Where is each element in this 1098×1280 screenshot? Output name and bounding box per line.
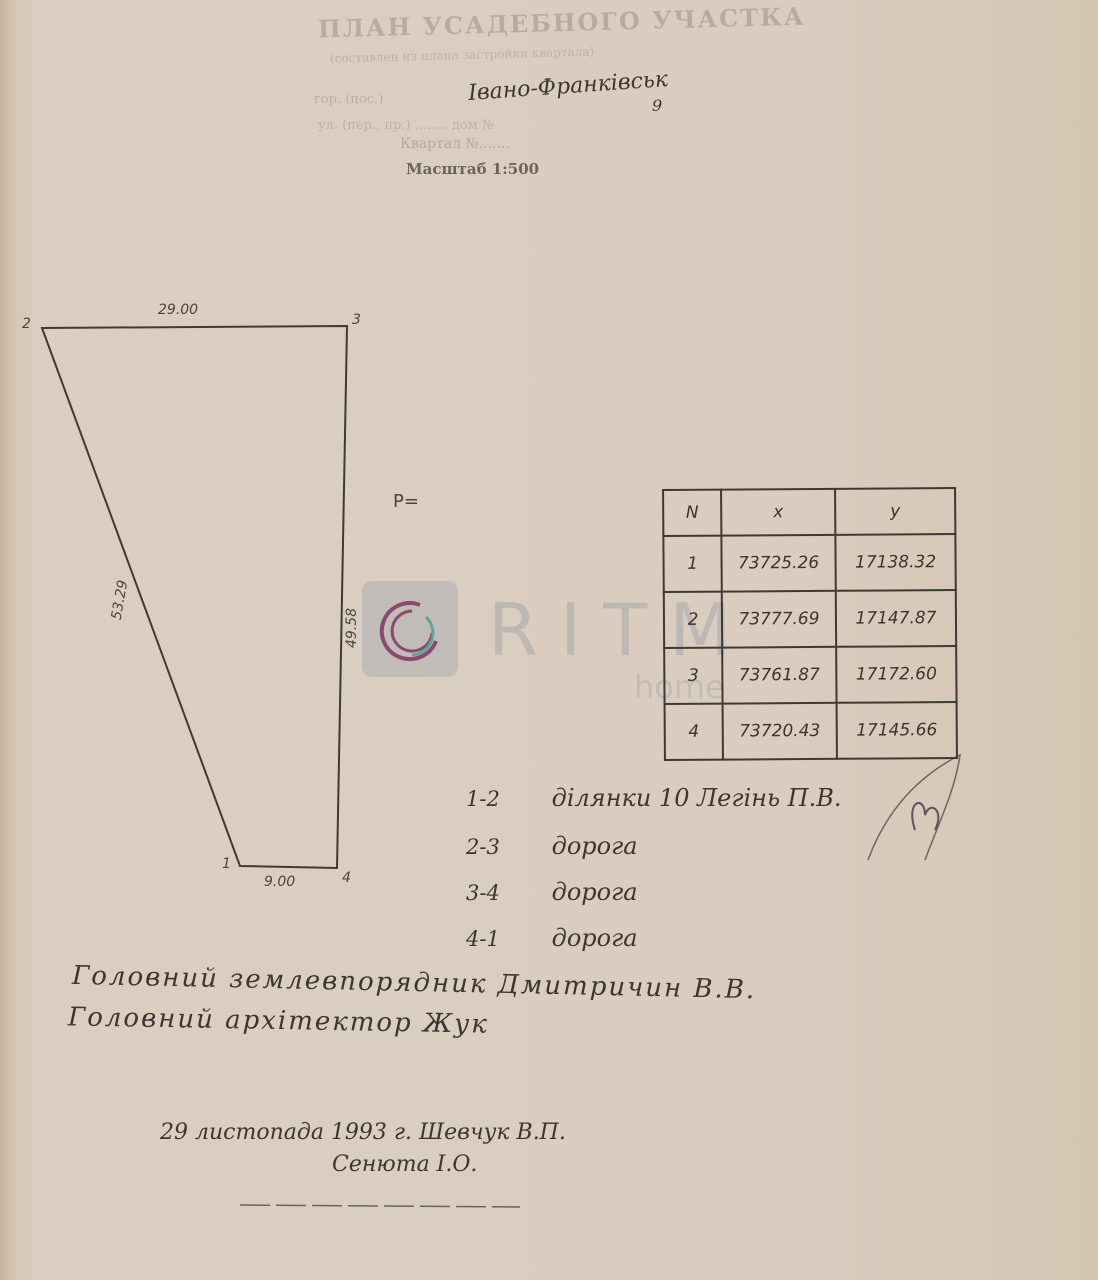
side-3-4-length: 49.58	[344, 608, 360, 648]
boundary-row: 3-4 дорога	[466, 878, 638, 906]
boundary-description: дорога	[552, 924, 638, 952]
boundary-row: 4-1 дорога	[466, 924, 638, 952]
header-y: y	[835, 488, 955, 535]
boundary-segment: 1-2	[466, 787, 544, 811]
cell-n: 2	[664, 592, 722, 648]
vertex-3-label: 3	[352, 312, 361, 328]
table-row: 4 73720.43 17145.66	[665, 702, 957, 760]
table-row: 3 73761.87 17172.60	[664, 646, 956, 704]
coordinates-table: N x y 1 73725.26 17138.32 2 73777.69 171…	[662, 487, 958, 761]
boundary-description: дорога	[552, 832, 638, 860]
header-n: N	[663, 490, 721, 536]
table-header-row: N x y	[663, 488, 955, 536]
cell-n: 4	[665, 704, 723, 760]
table-row: 1 73725.26 17138.32	[663, 534, 955, 592]
area-label: P=	[393, 491, 419, 512]
vertex-1-label: 1	[222, 856, 231, 872]
cell-x: 73725.26	[721, 535, 835, 592]
side-1-4-length: 9.00	[264, 874, 295, 890]
ritm-ring-icon	[362, 581, 458, 677]
cell-y: 17147.87	[836, 590, 956, 647]
cell-x: 73761.87	[722, 647, 836, 704]
table-row: 2 73777.69 17147.87	[664, 590, 956, 648]
cell-n: 3	[664, 648, 722, 704]
vertex-4-label: 4	[342, 870, 351, 886]
cell-n: 1	[663, 536, 721, 592]
cell-y: 17145.66	[837, 702, 957, 759]
date-signature-line: 29 листопада 1993 г. Шевчук В.П.	[160, 1120, 566, 1145]
cell-y: 17172.60	[836, 646, 956, 703]
boundary-row: 1-2 ділянки 10 Легінь П.В.	[466, 784, 841, 812]
boundary-description: ділянки 10 Легінь П.В.	[552, 784, 842, 812]
boundary-segment: 3-4	[466, 881, 544, 905]
boundary-segment: 4-1	[466, 927, 544, 951]
cell-x: 73777.69	[722, 591, 836, 648]
header-x: x	[721, 489, 835, 536]
boundary-row: 2-3 дорога	[466, 832, 638, 860]
watermark-logo	[362, 581, 458, 677]
side-2-3-length: 29.00	[158, 302, 198, 318]
cell-y: 17138.32	[835, 534, 955, 591]
vertex-2-label: 2	[22, 316, 31, 332]
name-signature-line: Сенюта І.О.	[332, 1152, 477, 1177]
boundary-segment: 2-3	[466, 835, 544, 859]
boundary-description: дорога	[552, 878, 638, 906]
cell-x: 73720.43	[723, 703, 837, 760]
